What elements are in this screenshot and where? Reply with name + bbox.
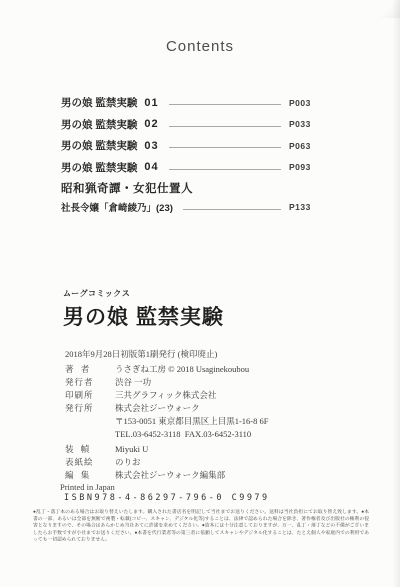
toc-row: 社長令嬢「倉崎綾乃」(23) P133 [61,198,313,216]
colophon-block: 2018年9月28日初版第1刷発行 (検印廃止) 著 者 うさぎね工房 © 20… [65,348,355,482]
credit-role: 発行者 [65,376,115,389]
leader-line [169,146,281,148]
toc-entry-page: P093 [289,162,313,172]
credit-row: 表紙絵 のりお [65,456,355,469]
colophon-page: Contents 男の娘 監禁実験 01 P003 男の娘 監禁実験 02 P0… [0,0,400,587]
contents-heading: Contents [0,38,400,55]
book-title: 男の娘 監禁実験 [63,301,224,331]
leader-line [169,168,281,170]
credit-role: 表紙絵 [65,456,115,469]
toc-entry-number: 04 [144,161,158,173]
credit-value: 株式会社ジーウォーク [115,402,200,415]
credit-value: うさぎね工房 © 2018 Usaginekoubou [115,363,249,376]
toc-entry-page: P063 [289,141,313,151]
print-edition-line: 2018年9月28日初版第1刷発行 (検印廃止) [65,348,355,361]
toc-entry-page: P033 [289,119,313,129]
credit-row: 印刷所 三共グラフィック株式会社 [65,389,355,402]
credit-row: 装 幀 Miyuki U [65,443,355,456]
toc-entry-page: P003 [289,98,313,108]
credit-role: 著 者 [65,363,115,376]
credit-value: Miyuki U [115,443,148,456]
publisher-address: 〒153-0051 東京都目黒区上目黒1-16-8 6F [65,415,355,428]
legal-fine-print-wrap: ●乱丁・落丁本のある場合はお取り替えいたします。購入された書店名を明記して当社ま… [33,508,369,548]
leader-line [169,103,281,105]
printed-in-japan: Printed in Japan [60,482,115,492]
page-edge-shadow [392,0,400,587]
credit-value: のりお [115,456,141,469]
credit-value: 渋谷 一功 [115,376,151,389]
toc-entry-title: 男の娘 監禁実験 [61,160,137,175]
table-of-contents: 男の娘 監禁実験 01 P003 男の娘 監禁実験 02 P033 男の娘 監禁… [61,92,313,178]
leader-line [183,208,281,210]
credit-row: 編 集 株式会社ジーウォーク編集部 [65,469,355,482]
toc-entry-title: 男の娘 監禁実験 [61,138,137,153]
toc-entry-title: 男の娘 監禁実験 [61,95,137,110]
credit-row: 著 者 うさぎね工房 © 2018 Usaginekoubou [65,363,355,376]
toc-entry-number: 02 [144,118,158,130]
credit-row: 発行者 渋谷 一功 [65,376,355,389]
toc-entry-page: P133 [289,202,313,212]
imprint-block: ムーグコミックス 男の娘 監禁実験 [63,288,224,331]
credit-role: 発行所 [65,402,115,415]
toc-section-2: 昭和猟奇譚・女犯仕置人 社長令嬢「倉崎綾乃」(23) P133 [61,180,313,216]
legal-fine-print: ●乱丁・落丁本のある場合はお取り替えいたします。購入された書店名を明記して当社ま… [33,508,369,543]
isbn-line: ISBN978-4-86297-796-0 C9979 [64,493,270,503]
toc-section-header: 昭和猟奇譚・女犯仕置人 [61,180,313,196]
toc-row: 男の娘 監禁実験 01 P003 [61,92,313,114]
page-corner-shadow [360,0,400,18]
toc-row: 男の娘 監禁実験 04 P093 [61,157,313,179]
toc-entry-title: 男の娘 監禁実験 [61,117,137,132]
credit-role: 編 集 [65,469,115,482]
imprint-label: ムーグコミックス [63,288,224,299]
credit-role: 印刷所 [65,389,115,402]
leader-line [169,125,281,127]
publisher-phone: TEL.03-6452-3118 FAX.03-6452-3110 [65,428,355,441]
toc-row: 男の娘 監禁実験 03 P063 [61,135,313,157]
credit-row: 発行所 株式会社ジーウォーク [65,402,355,415]
credit-value: 株式会社ジーウォーク編集部 [115,469,225,482]
credit-value: 三共グラフィック株式会社 [115,389,216,402]
toc-entry-title: 社長令嬢「倉崎綾乃」(23) [61,200,173,214]
credit-role: 装 幀 [65,443,115,456]
toc-entry-number: 01 [144,97,158,109]
toc-entry-number: 03 [144,140,158,152]
toc-row: 男の娘 監禁実験 02 P033 [61,114,313,136]
